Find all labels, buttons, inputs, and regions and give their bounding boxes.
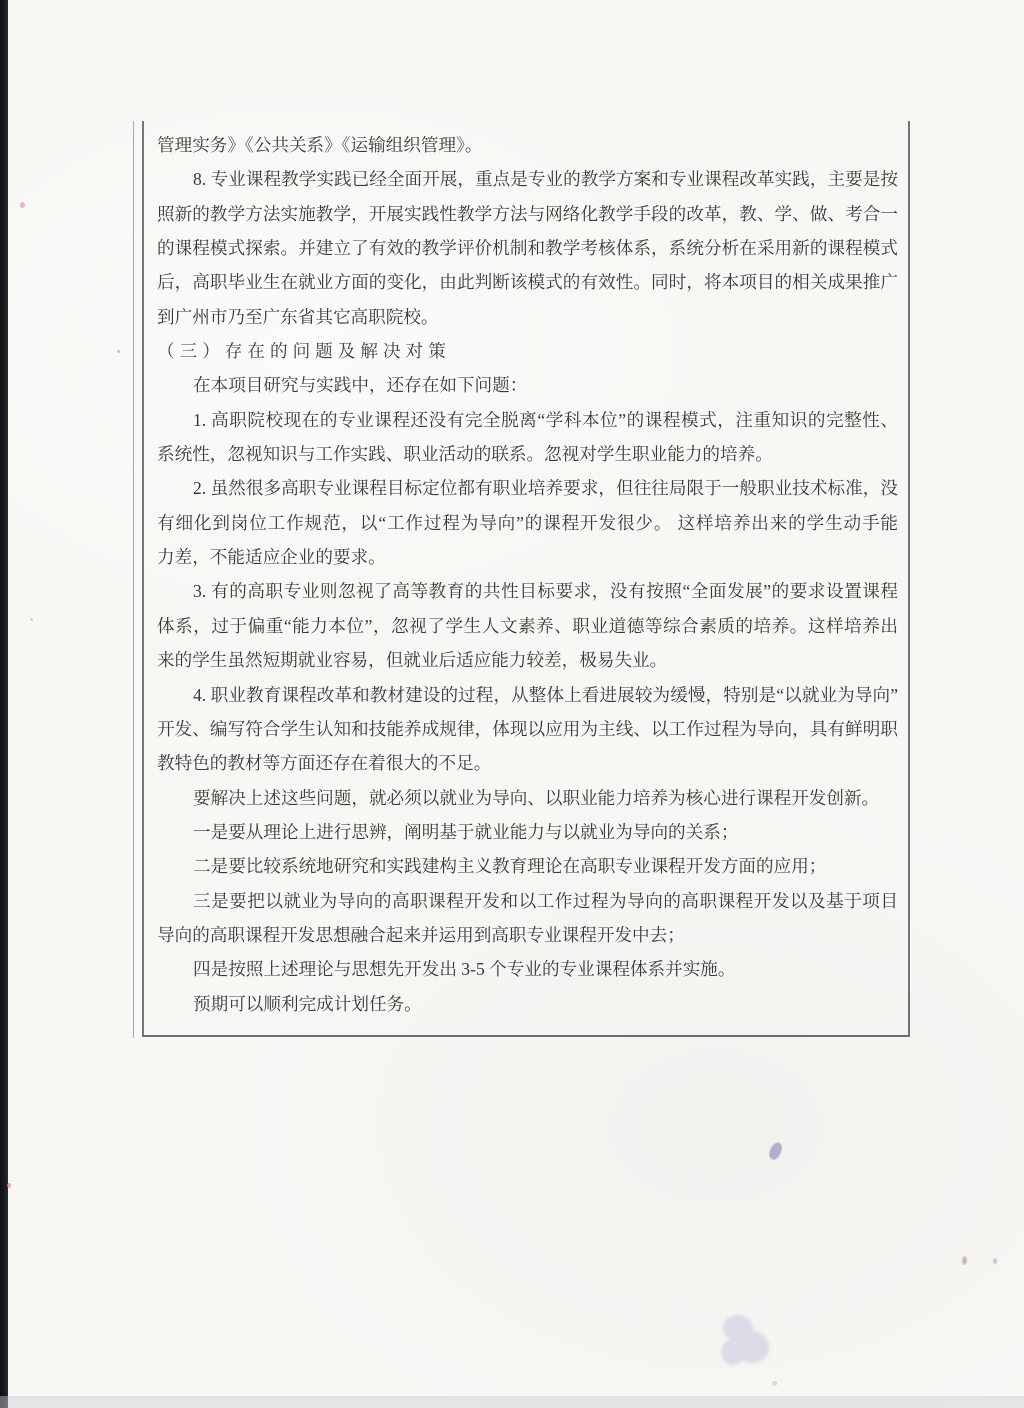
text-line: 二是要比较系统地研究和实践建构主义教育理论在高职专业课程开发方面的应用； — [157, 849, 898, 883]
text-line: 后，高职毕业生在就业方面的变化，由此判断该模式的有效性。同时，将本项目的相关成果… — [157, 265, 898, 299]
dust-speck — [30, 618, 33, 621]
text-line: 来的学生虽然短期就业容易，但就业后适应能力较差，极易失业。 — [157, 643, 898, 677]
ink-smudge — [767, 1141, 783, 1162]
text-line: 力差，不能适应企业的要求。 — [157, 540, 898, 574]
text-line: 有细化到岗位工作规范，以“工作过程为导向”的课程开发很少。 这样培养出来的学生动… — [157, 506, 898, 540]
text-line: 要解决上述这些问题，就必须以就业为导向、以职业能力培养为核心进行课程开发创新。 — [157, 781, 898, 815]
text-line: 预期可以顺利完成计划任务。 — [157, 987, 898, 1021]
text-line: 2. 虽然很多高职专业课程目标定位都有职业培养要求，但往往局限于一般职业技术标准… — [157, 471, 898, 505]
text-line: 系统性，忽视知识与工作实践、职业活动的联系。忽视对学生职业能力的培养。 — [157, 437, 898, 471]
text-line: 8. 专业课程教学实践已经全面开展，重点是专业的教学方案和专业课程改革实践，主要… — [157, 162, 898, 196]
text-line: 导向的高职课程开发思想融合起来并运用到高职专业课程开发中去； — [157, 918, 898, 952]
section-heading: （三）存在的问题及解决对策 — [157, 334, 898, 368]
scanned-page: 管理实务》《公共关系》《运输组织管理》。8. 专业课程教学实践已经全面开展，重点… — [0, 0, 1024, 1408]
text-line: 照新的教学方法实施教学，开展实践性教学方法与网络化教学手段的改革，教、学、做、考… — [157, 197, 898, 231]
text-line: 的课程模式探索。并建立了有效的教学评价机制和教学考核体系，系统分析在采用新的课程… — [157, 231, 898, 265]
text-line: 开发、编写符合学生认知和技能养成规律，体现以应用为主线、以工作过程为导向，具有鲜… — [157, 712, 898, 746]
document-text: 管理实务》《公共关系》《运输组织管理》。8. 专业课程教学实践已经全面开展，重点… — [144, 121, 908, 1021]
text-line: 三是要把以就业为导向的高职课程开发和以工作过程为导向的高职课程开发以及基于项目 — [157, 884, 898, 918]
dust-speck — [117, 350, 120, 353]
text-line: 四是按照上述理论与思想先开发出 3-5 个专业的专业课程体系并实施。 — [157, 952, 898, 986]
text-line: 教特色的教材等方面还存在着很大的不足。 — [157, 746, 898, 780]
text-line: 到广州市乃至广东省其它高职院校。 — [157, 300, 898, 334]
scan-shadow-band — [0, 1396, 1024, 1408]
ink-speck — [772, 1381, 777, 1386]
pink-ink-speck — [20, 202, 25, 208]
ink-smudge-bleedthrough — [719, 1313, 771, 1371]
text-line: 管理实务》《公共关系》《运输组织管理》。 — [157, 128, 898, 162]
scanner-edge-shadow — [0, 0, 8, 1408]
text-line: 体系，过于偏重“能力本位”，忽视了学生人文素养、职业道德等综合素质的培养。这样培… — [157, 609, 898, 643]
table-outer-border-line — [133, 121, 134, 1038]
text-line: 1. 高职院校现在的专业课程还没有完全脱离“学科本位”的课程模式，注重知识的完整… — [157, 403, 898, 437]
ink-speck — [962, 1256, 967, 1265]
form-cell: 管理实务》《公共关系》《运输组织管理》。8. 专业课程教学实践已经全面开展，重点… — [142, 121, 910, 1037]
text-line: 在本项目研究与实践中，还存在如下问题： — [157, 368, 898, 402]
ink-speck — [993, 1258, 997, 1264]
text-line: 一是要从理论上进行思辨，阐明基于就业能力与以就业为导向的关系； — [157, 815, 898, 849]
text-line: 4. 职业教育课程改革和教材建设的过程，从整体上看进展较为缓慢，特别是“以就业为… — [157, 678, 898, 712]
text-line: 3. 有的高职专业则忽视了高等教育的共性目标要求，没有按照“全面发展”的要求设置… — [157, 574, 898, 608]
